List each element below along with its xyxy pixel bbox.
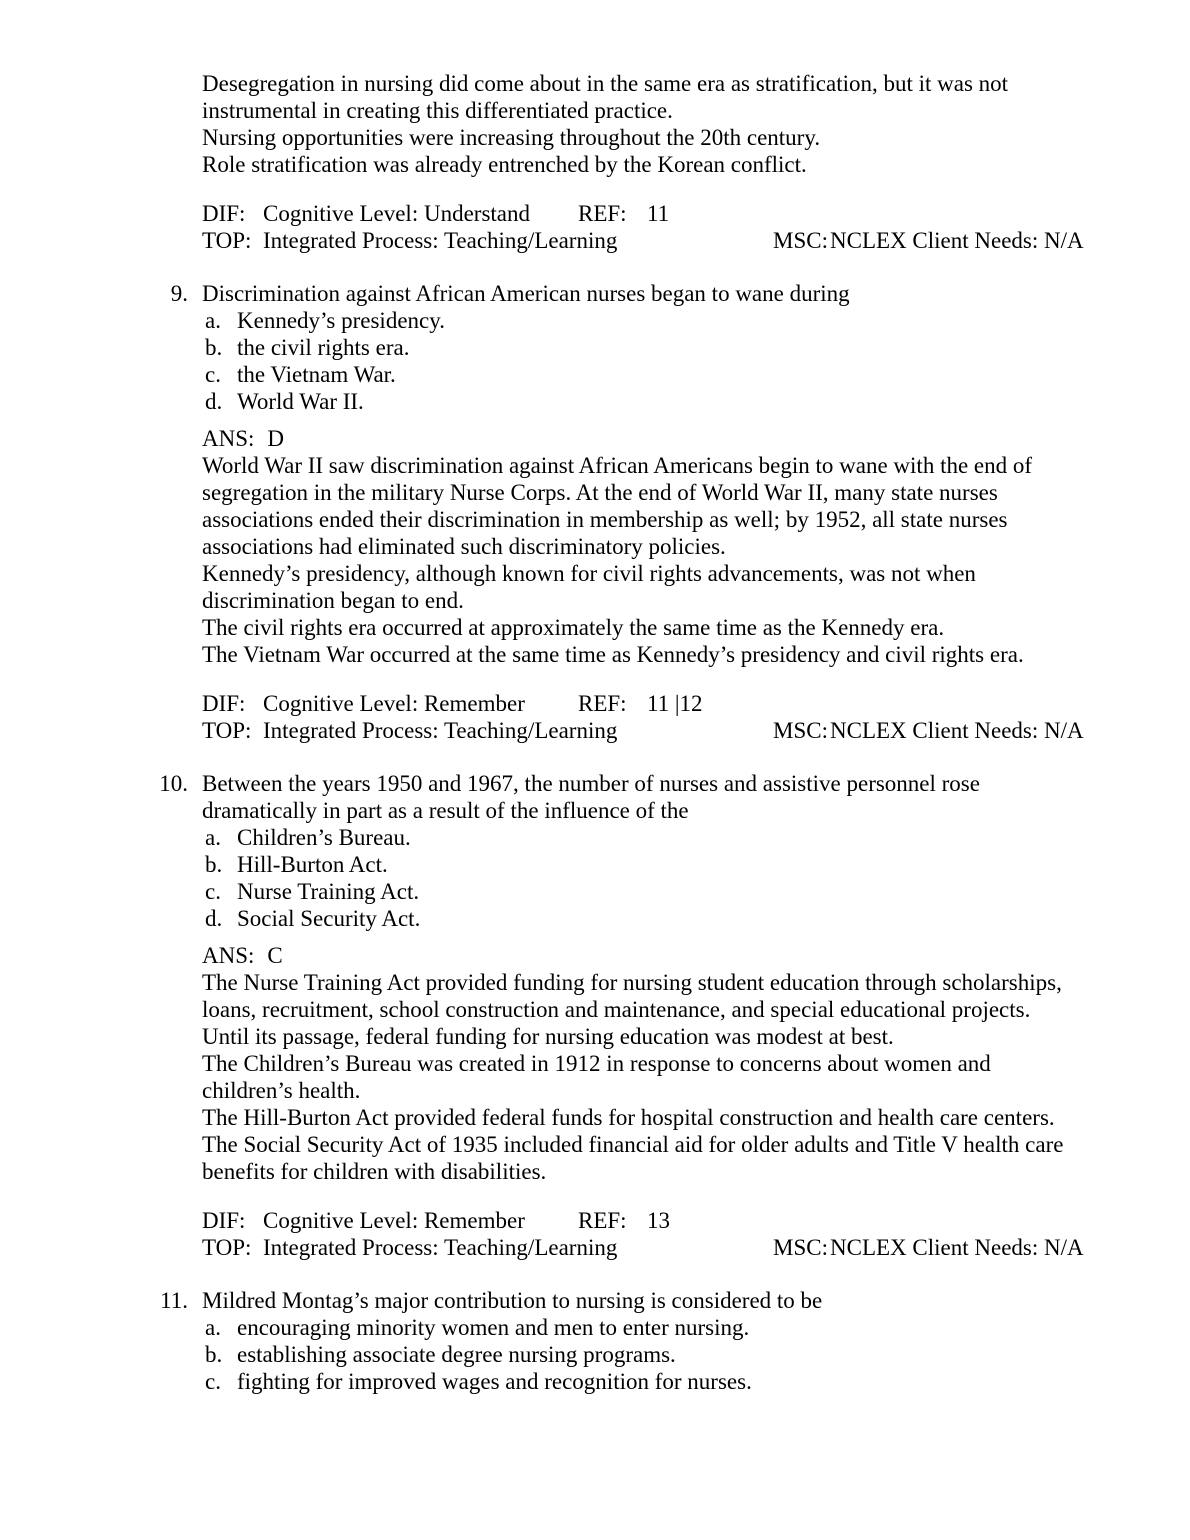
option-text: Social Security Act. [237,905,1080,932]
rationale-paragraph: Nursing opportunities were increasing th… [202,124,1080,151]
top-value: Integrated Process: Teaching/Learning [263,717,617,744]
msc-value: NCLEX Client Needs: N/A [830,227,1084,254]
option-letter: a. [205,307,237,334]
option-a: a. encouraging minority women and men to… [205,1314,1080,1341]
option-text: encouraging minority women and men to en… [237,1314,1080,1341]
option-letter: a. [205,824,237,851]
option-c: c. Nurse Training Act. [205,878,1080,905]
rationale-paragraph: World War II saw discrimination against … [202,452,1080,560]
option-c: c. the Vietnam War. [205,361,1080,388]
dif-label: DIF: [202,200,245,227]
answer-value: D [267,426,284,451]
question-number: 11. [155,1287,188,1314]
dif-value: Cognitive Level: Remember [263,690,525,717]
option-text: fighting for improved wages and recognit… [237,1368,1080,1395]
msc-label: MSC: [773,717,828,744]
top-value: Integrated Process: Teaching/Learning [263,227,617,254]
dif-value: Cognitive Level: Understand [263,200,530,227]
metadata-row-top: TOP: Integrated Process: Teaching/Learni… [202,227,1080,254]
answer-block: ANS:D [202,425,1080,452]
option-letter: b. [205,334,237,361]
option-b: b. Hill-Burton Act. [205,851,1080,878]
question-stem: Mildred Montag’s major contribution to n… [202,1287,1080,1314]
options-list: a. Children’s Bureau. b. Hill-Burton Act… [205,824,1080,932]
option-letter: b. [205,851,237,878]
option-text: the civil rights era. [237,334,1080,361]
rationale-paragraph: The civil rights era occurred at approxi… [202,614,1080,641]
question-stem: Discrimination against African American … [202,280,1080,307]
msc-value: NCLEX Client Needs: N/A [830,717,1084,744]
msc-label: MSC: [773,1234,828,1261]
rationale-paragraph: The Hill-Burton Act provided federal fun… [202,1104,1080,1131]
dif-value: Cognitive Level: Remember [263,1207,525,1234]
rationale: World War II saw discrimination against … [202,452,1080,668]
question-10: 10. Between the years 1950 and 1967, the… [202,770,1080,1261]
top-label: TOP: [202,717,251,744]
page-content: Desegregation in nursing did come about … [202,70,1080,1395]
ref-label: REF: [578,200,627,227]
previous-question-rationale-tail: Desegregation in nursing did come about … [202,70,1080,254]
rationale-paragraph: Role stratification was already entrench… [202,151,1080,178]
option-d: d. World War II. [205,388,1080,415]
option-a: a. Children’s Bureau. [205,824,1080,851]
ref-value: 13 [647,1207,670,1234]
option-b: b. establishing associate degree nursing… [205,1341,1080,1368]
option-letter: a. [205,1314,237,1341]
dif-label: DIF: [202,1207,245,1234]
option-a: a. Kennedy’s presidency. [205,307,1080,334]
rationale: The Nurse Training Act provided funding … [202,969,1080,1185]
ref-value: 11 |12 [647,690,703,717]
top-label: TOP: [202,1234,251,1261]
question-number: 10. [155,770,188,797]
option-letter: c. [205,361,237,388]
option-letter: c. [205,1368,237,1395]
option-text: Children’s Bureau. [237,824,1080,851]
question-stem: Between the years 1950 and 1967, the num… [202,770,1080,824]
question-number: 9. [155,280,188,307]
option-text: Kennedy’s presidency. [237,307,1080,334]
rationale-paragraph: The Children’s Bureau was created in 191… [202,1050,1080,1104]
metadata-row-dif: DIF: Cognitive Level: Remember REF: 11 |… [202,690,1080,717]
top-value: Integrated Process: Teaching/Learning [263,1234,617,1261]
question-metadata: DIF: Cognitive Level: Remember REF: 13 T… [202,1207,1080,1261]
options-list: a. Kennedy’s presidency. b. the civil ri… [205,307,1080,415]
option-text: Nurse Training Act. [237,878,1080,905]
metadata-row-dif: DIF: Cognitive Level: Understand REF: 11 [202,200,1080,227]
option-text: the Vietnam War. [237,361,1080,388]
ref-label: REF: [578,690,627,717]
question-11: 11. Mildred Montag’s major contribution … [202,1287,1080,1395]
rationale-paragraph: Until its passage, federal funding for n… [202,1023,1080,1050]
option-text: World War II. [237,388,1080,415]
metadata-row-dif: DIF: Cognitive Level: Remember REF: 13 [202,1207,1080,1234]
rationale-paragraph: Kennedy’s presidency, although known for… [202,560,1080,614]
dif-label: DIF: [202,690,245,717]
rationale-paragraph: The Social Security Act of 1935 included… [202,1131,1080,1185]
answer-block: ANS:C [202,942,1080,969]
option-text: Hill-Burton Act. [237,851,1080,878]
question-metadata: DIF: Cognitive Level: Remember REF: 11 |… [202,690,1080,744]
options-list: a. encouraging minority women and men to… [205,1314,1080,1395]
document-page: Desegregation in nursing did come about … [0,0,1190,1540]
option-letter: b. [205,1341,237,1368]
metadata-row-top: TOP: Integrated Process: Teaching/Learni… [202,717,1080,744]
question-metadata: DIF: Cognitive Level: Understand REF: 11… [202,200,1080,254]
option-letter: d. [205,905,237,932]
option-text: establishing associate degree nursing pr… [237,1341,1080,1368]
msc-label: MSC: [773,227,828,254]
rationale-paragraph: Desegregation in nursing did come about … [202,70,1080,124]
option-c: c. fighting for improved wages and recog… [205,1368,1080,1395]
msc-value: NCLEX Client Needs: N/A [830,1234,1084,1261]
answer-label: ANS: [202,943,254,968]
top-label: TOP: [202,227,251,254]
ref-value: 11 [647,200,669,227]
question-9: 9. Discrimination against African Americ… [202,280,1080,744]
ref-label: REF: [578,1207,627,1234]
option-d: d. Social Security Act. [205,905,1080,932]
rationale-paragraph: The Nurse Training Act provided funding … [202,969,1080,1023]
metadata-row-top: TOP: Integrated Process: Teaching/Learni… [202,1234,1080,1261]
answer-value: C [267,943,282,968]
option-letter: c. [205,878,237,905]
rationale-paragraph: The Vietnam War occurred at the same tim… [202,641,1080,668]
option-b: b. the civil rights era. [205,334,1080,361]
answer-label: ANS: [202,426,254,451]
option-letter: d. [205,388,237,415]
